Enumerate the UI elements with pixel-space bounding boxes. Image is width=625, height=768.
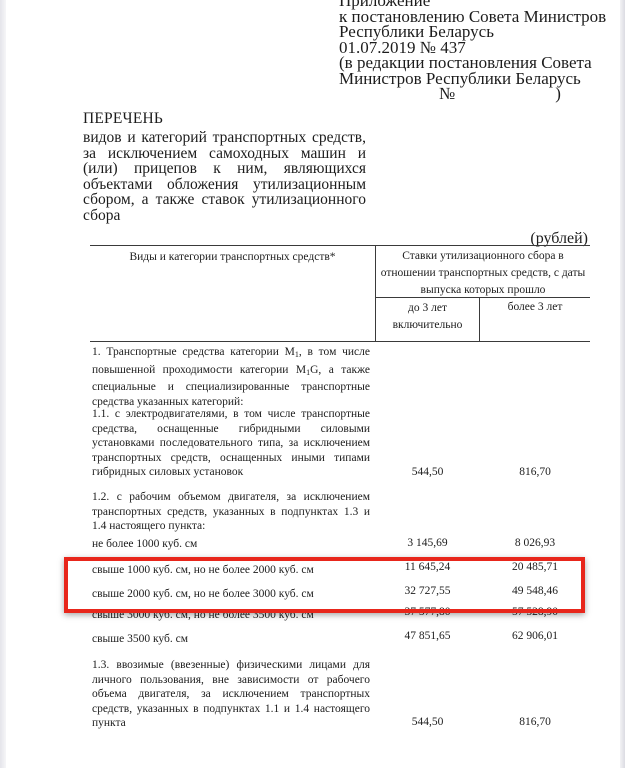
table-cell-up-to-3: 32 727,55 xyxy=(376,585,479,597)
header-up-to-3-years: до 3 лет включительно xyxy=(376,300,479,334)
table-cell-up-to-3: 11 645,24 xyxy=(376,561,479,573)
table-cell-over-3: 816,70 xyxy=(480,466,590,478)
close-paren: ) xyxy=(555,84,561,103)
document-title: ПЕРЕЧЕНЬ xyxy=(83,110,163,128)
table-cell-over-3: 20 485,71 xyxy=(480,561,590,573)
table-row-desc: свыше 3500 куб. см xyxy=(92,632,370,647)
table-cell-up-to-3: 544,50 xyxy=(376,466,479,478)
header-over-3-years: более 3 лет xyxy=(480,300,590,315)
table-row-desc: свыше 3000 куб. см, но не более 3500 куб… xyxy=(92,608,370,623)
table-row-desc: не более 1000 куб. см xyxy=(92,537,370,552)
table-row-desc: 1.1. с электродвигателями, в том числе т… xyxy=(92,407,370,480)
number-sign: № xyxy=(439,84,455,103)
table-row-desc: 1.3. ввозимые (ввезенные) физическими ли… xyxy=(92,658,370,731)
header-rates: Ставки утилизационного сбора в отношении… xyxy=(376,248,590,299)
page-right-edge xyxy=(620,0,625,768)
table-row-desc: свыше 1000 куб. см, но не более 2000 куб… xyxy=(92,563,370,578)
header-category: Виды и категории транспортных средств* xyxy=(90,250,375,265)
table-cell-over-3: 57 528,90 xyxy=(480,606,590,618)
table-cell-up-to-3: 47 851,65 xyxy=(376,630,479,642)
table-cell-up-to-3: 37 577,80 xyxy=(376,606,479,618)
header-line: Министров Республики Беларусь xyxy=(339,71,606,87)
page-left-edge xyxy=(0,0,6,768)
table-cell-up-to-3: 3 145,69 xyxy=(376,537,479,549)
document-header: Приложение к постановлению Совета Минист… xyxy=(339,0,606,102)
table-cell-over-3: 62 906,01 xyxy=(480,630,590,642)
table-cell-over-3: 49 548,46 xyxy=(480,585,590,597)
document-subtitle: видов и категорий транспортных средств, … xyxy=(83,130,366,223)
table-cell-up-to-3: 544,50 xyxy=(376,716,479,728)
table-row-desc: 1. Транспортные средства категории M1, в… xyxy=(92,345,370,409)
table-row-desc: 1.2. с рабочим объемом двигателя, за иск… xyxy=(92,490,370,534)
table-cell-over-3: 816,70 xyxy=(480,716,590,728)
table-row-desc: свыше 2000 куб. см, но не более 3000 куб… xyxy=(92,587,370,602)
table-cell-over-3: 8 026,93 xyxy=(480,537,590,549)
header-number-line: №) xyxy=(339,86,606,102)
